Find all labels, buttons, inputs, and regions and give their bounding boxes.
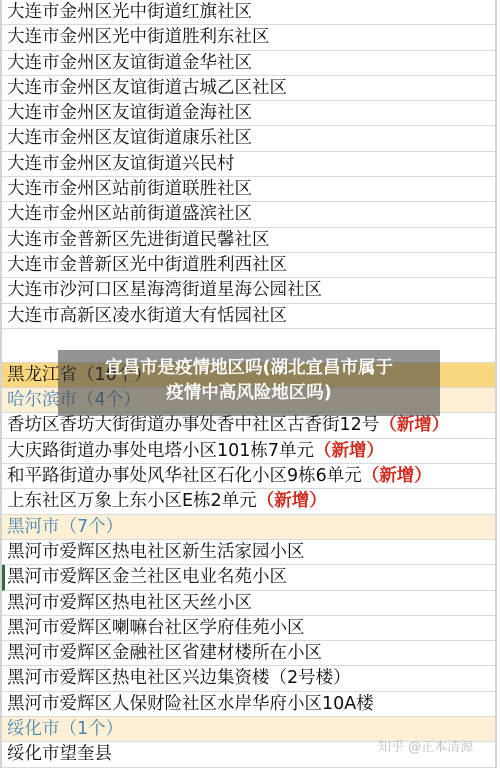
overlay-title-line-2: 疫情中高风险地区吗) (58, 381, 440, 406)
address-text: 香坊区香坊大街街道办事处香中社区古香街12号 (7, 415, 379, 435)
watermark: 知乎 @正本清源 (378, 736, 473, 755)
table-row[interactable]: 大连市金州区友谊街道康乐社区 (2, 126, 495, 151)
table-row[interactable]: 黑河市爱辉区金融社区省建材楼所在小区 (2, 641, 495, 666)
table-row[interactable]: 大连市金州区光中街道胜利东社区 (2, 25, 495, 50)
table-row[interactable]: 上东社区万象上东小区E栋2单元（新增） (2, 489, 495, 514)
table-row[interactable]: 黑河市爱辉区喇嘛台社区学府佳苑小区 (2, 616, 495, 641)
table-row[interactable]: 大连市高新区凌水街道大有恬园社区 (2, 304, 495, 329)
new-tag: （新增） (257, 491, 327, 511)
table-row[interactable]: 黑河市爱辉区人保财险社区水岸华府小区10A楼 (2, 692, 495, 717)
city-header-heihe[interactable]: 黑河市（7个） (2, 515, 495, 540)
table-row[interactable]: 大连市金州区站前街道盛滨社区 (2, 202, 495, 227)
overlay-title-line-1: 宜昌市是疫情地区吗(湖北宜昌市属于 (58, 356, 440, 381)
table-row[interactable]: 黑河市爱辉区热电社区兴边集资楼（2号楼） (2, 666, 495, 691)
table-row[interactable]: 大连市金普新区先进街道民馨社区 (2, 228, 495, 253)
new-tag: （新增） (362, 466, 432, 486)
title-overlay: 宜昌市是疫情地区吗(湖北宜昌市属于 疫情中高风险地区吗) (58, 350, 440, 416)
table-row[interactable]: 大连市金普新区光中街道胜利西社区 (2, 253, 495, 278)
new-tag: （新增） (379, 415, 449, 435)
table-row[interactable]: 黑河市爱辉区热电社区天丝小区 (2, 591, 495, 616)
table-row[interactable]: 大庆路街道办事处电塔小区101栋7单元（新增） (2, 439, 495, 464)
new-tag: （新增） (314, 441, 384, 461)
table-row[interactable]: 大连市金州区光中街道红旗社区 (2, 0, 495, 25)
table-row[interactable]: 香坊区香坊大街街道办事处香中社区古香街12号（新增） (2, 413, 495, 438)
table-row[interactable]: 大连市金州区友谊街道金华社区 (2, 51, 495, 76)
table-row[interactable]: 大连市金州区友谊街道金海社区 (2, 101, 495, 126)
table-row[interactable]: 黑河市爱辉区热电社区新生活家园小区 (2, 540, 495, 565)
table-row[interactable]: 大连市金州区友谊街道古城乙区社区 (2, 76, 495, 101)
address-text: 和平路街道办事处风华社区石化小区9栋6单元 (7, 466, 362, 486)
table-row[interactable]: 和平路街道办事处风华社区石化小区9栋6单元（新增） (2, 464, 495, 489)
address-text: 上东社区万象上东小区E栋2单元 (7, 491, 257, 511)
table-row[interactable]: 大连市沙河口区星海湾街道星海公园社区 (2, 278, 495, 303)
table-row[interactable]: 大连市金州区站前街道联胜社区 (2, 177, 495, 202)
dalian-rows: 大连市金州区光中街道红旗社区 大连市金州区光中街道胜利东社区 大连市金州区友谊街… (2, 0, 495, 329)
table-row[interactable]: 黑河市爱辉区金兰社区电业名苑小区 (2, 565, 495, 590)
address-text: 大庆路街道办事处电塔小区101栋7单元 (7, 441, 314, 461)
table-row[interactable]: 大连市金州区友谊街道兴民村 (2, 152, 495, 177)
